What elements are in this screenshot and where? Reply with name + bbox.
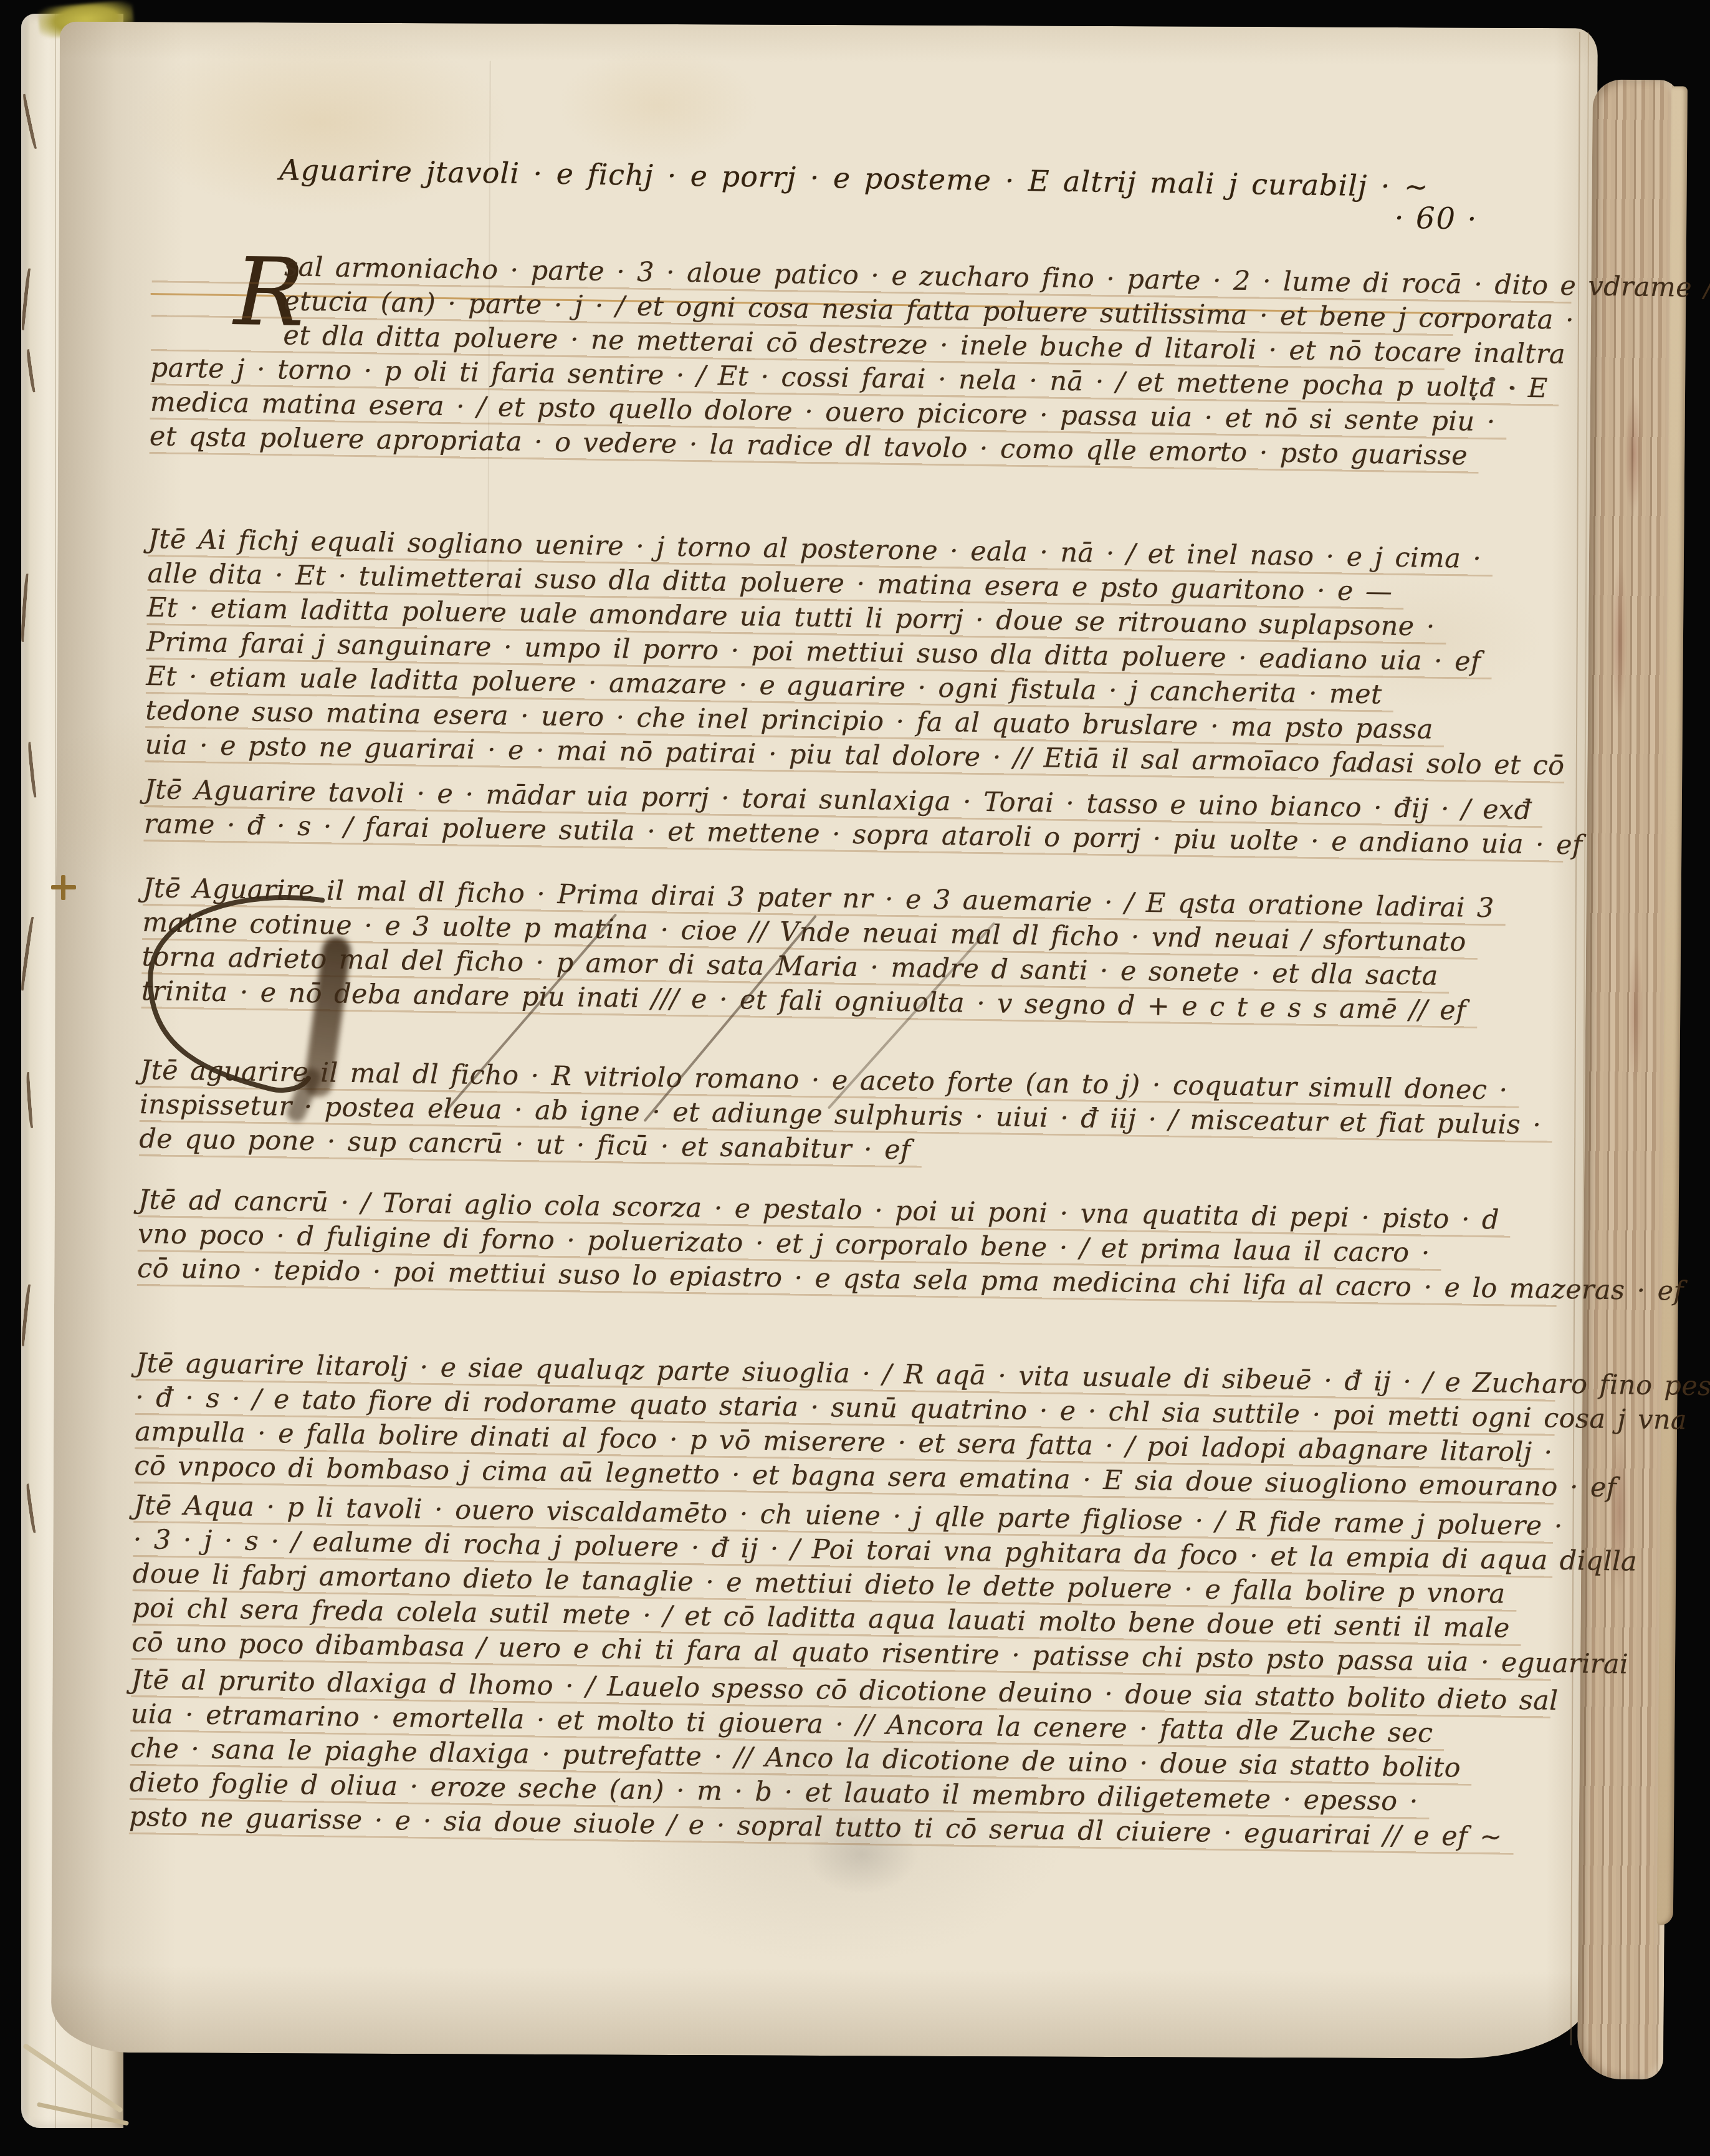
paragraph: Jtē al prurito dlaxiga d lhomo · / Lauel… bbox=[129, 1663, 1502, 1855]
outer-leaf-edge bbox=[1657, 86, 1688, 1925]
paragraph: Jtē aguarire il mal dl ficho · R vitriol… bbox=[139, 1053, 1511, 1177]
paragraph: Jtē Ai fichj equali sogliano uenire · j … bbox=[145, 522, 1519, 783]
margin-brace bbox=[121, 865, 330, 1105]
paragraph: Jtē Aguarire tavoli · e · mādar uia porr… bbox=[143, 773, 1515, 862]
paragraph: Jtē ad cancrū · / Torai aglio cola scorz… bbox=[137, 1183, 1509, 1306]
photo-background: { "page": { "title": "Aguarire jtavoli ·… bbox=[0, 0, 1710, 2156]
paragraph: sal armoniacho · parte · 3 · aloue patic… bbox=[150, 248, 1524, 474]
paragraph: Jtē aguarire litarolj · e siae qualuqz p… bbox=[134, 1346, 1507, 1504]
paragraph: Jtē Aqua · p li tavoli · ouero viscaldam… bbox=[131, 1488, 1505, 1680]
text-layer: Aguarire jtavoli · e fichj · e porrj · e… bbox=[32, 24, 1600, 2077]
margin-cross-mark bbox=[50, 874, 77, 901]
initial-spacer bbox=[151, 248, 285, 320]
